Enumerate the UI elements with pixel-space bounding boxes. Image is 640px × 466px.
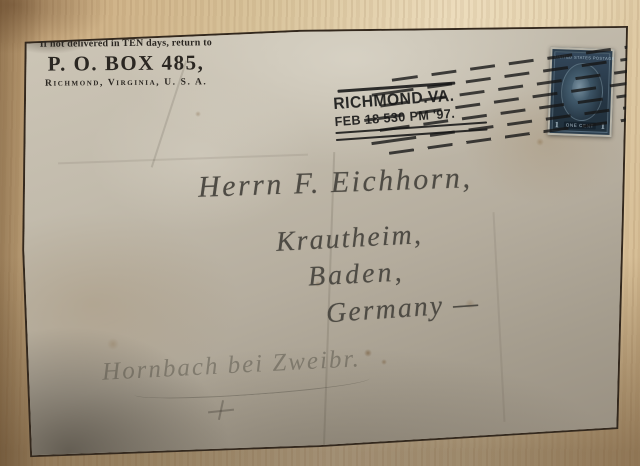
address-line-region: Baden, <box>307 256 405 293</box>
return-address: If not delivered in TEN days, return to … <box>36 37 216 89</box>
return-address-po-box: P. O. BOX 485, <box>36 50 216 77</box>
envelope: If not delivered in TEN days, return to … <box>18 22 628 462</box>
envelope-photo: If not delivered in TEN days, return to … <box>0 0 640 466</box>
return-address-city: Richmond, Virginia, U. S. A. <box>36 77 216 89</box>
